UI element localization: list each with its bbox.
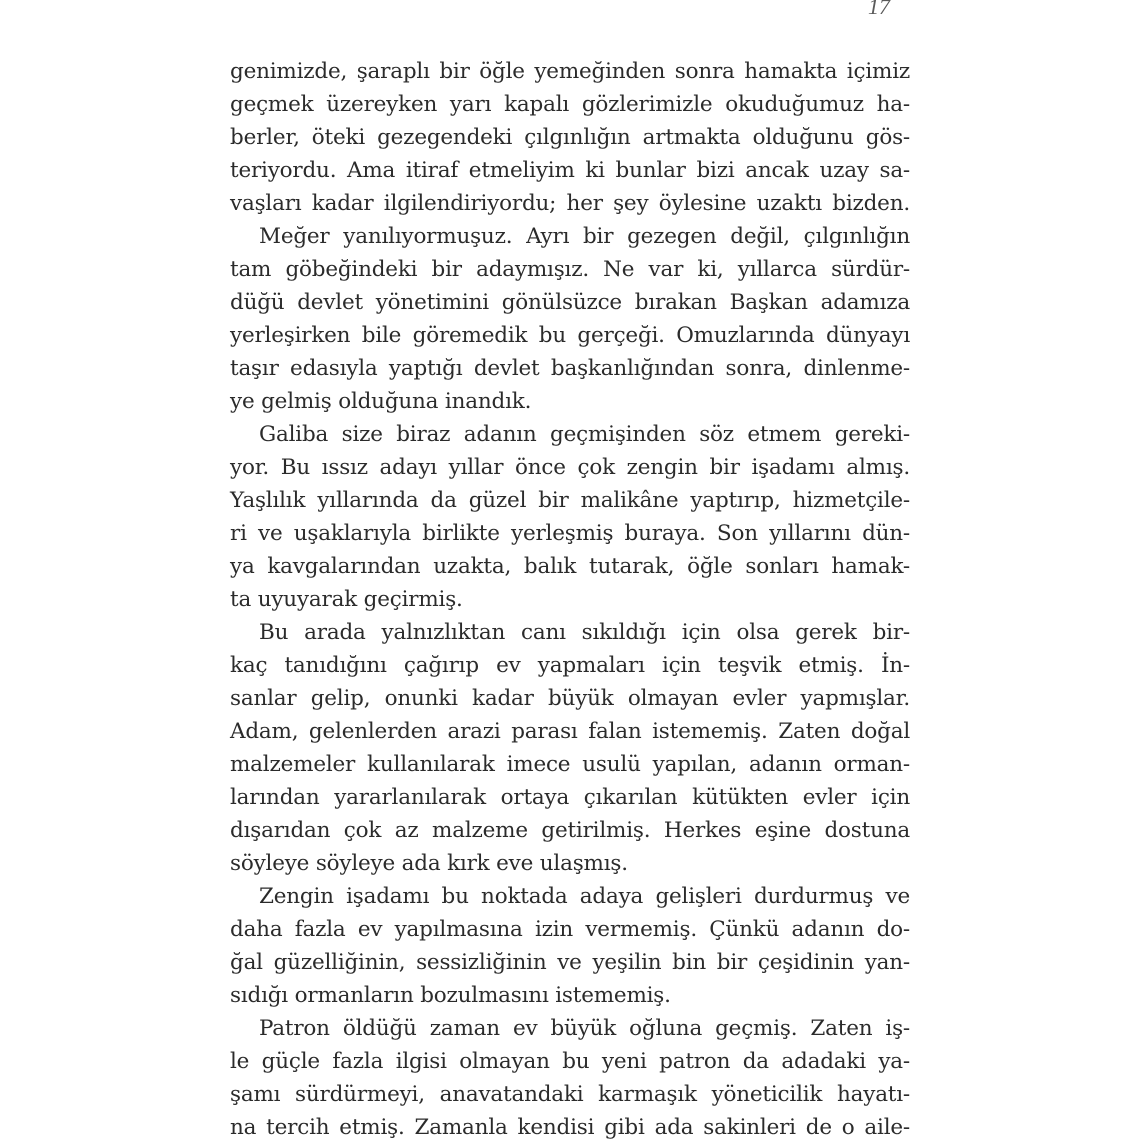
- text-line: larından yararlanılarak ortaya çıkarılan…: [230, 781, 910, 814]
- text-line: yerleşirken bile göremedik bu gerçeği. O…: [230, 319, 910, 352]
- paragraph-4: Bu arada yalnızlıktan canı sıkıldığı içi…: [230, 616, 910, 880]
- text-line: ğal güzelliğinin, sessizliğinin ve yeşil…: [230, 946, 910, 979]
- text-line: Zengin işadamı bu noktada adaya gelişler…: [230, 880, 910, 913]
- text-line: berler, öteki gezegendeki çılgınlığın ar…: [230, 121, 910, 154]
- text-line: teriyordu. Ama itiraf etmeliyim ki bunla…: [230, 154, 910, 187]
- text-line: vaşları kadar ilgilendiriyordu; her şey …: [230, 187, 910, 220]
- body-text: genimizde, şaraplı bir öğle yemeğinden s…: [230, 55, 910, 1140]
- text-line: Adam, gelenlerden arazi parası falan ist…: [230, 715, 910, 748]
- text-line: taşır edasıyla yaptığı devlet başkanlığı…: [230, 352, 910, 385]
- text-line: söyleye söyleye ada kırk eve ulaşmış.: [230, 847, 910, 880]
- text-line: ri ve uşaklarıyla birlikte yerleşmiş bur…: [230, 517, 910, 550]
- text-line: geçmek üzereyken yarı kapalı gözlerimizl…: [230, 88, 910, 121]
- text-line: na tercih etmiş. Zamanla kendisi gibi ad…: [230, 1111, 910, 1140]
- text-line: malzemeler kullanılarak imece usulü yapı…: [230, 748, 910, 781]
- text-line: sıdığı ormanların bozulmasını istememiş.: [230, 979, 910, 1012]
- text-line: düğü devlet yönetimini gönülsüzce bıraka…: [230, 286, 910, 319]
- text-line: ta uyuyarak geçirmiş.: [230, 583, 910, 616]
- text-line: Patron öldüğü zaman ev büyük oğluna geçm…: [230, 1012, 910, 1045]
- text-line: dışarıdan çok az malzeme getirilmiş. Her…: [230, 814, 910, 847]
- paragraph-3: Galiba size biraz adanın geçmişinden söz…: [230, 418, 910, 616]
- text-line: genimizde, şaraplı bir öğle yemeğinden s…: [230, 55, 910, 88]
- text-line: Meğer yanılıyormuşuz. Ayrı bir gezegen d…: [230, 220, 910, 253]
- text-line: tam göbeğindeki bir adaymışız. Ne var ki…: [230, 253, 910, 286]
- text-line: Yaşlılık yıllarında da güzel bir malikân…: [230, 484, 910, 517]
- text-line: ye gelmiş olduğuna inandık.: [230, 385, 910, 418]
- paragraph-5: Zengin işadamı bu noktada adaya gelişler…: [230, 880, 910, 1012]
- text-line: daha fazla ev yapılmasına izin vermemiş.…: [230, 913, 910, 946]
- text-line: ya kavgalarından uzakta, balık tutarak, …: [230, 550, 910, 583]
- paragraph-2: Meğer yanılıyormuşuz. Ayrı bir gezegen d…: [230, 220, 910, 418]
- text-line: şamı sürdürmeyi, anavatandaki karmaşık y…: [230, 1078, 910, 1111]
- paragraph-1: genimizde, şaraplı bir öğle yemeğinden s…: [230, 55, 910, 220]
- text-line: yor. Bu ıssız adayı yıllar önce çok zeng…: [230, 451, 910, 484]
- text-line: sanlar gelip, onunki kadar büyük olmayan…: [230, 682, 910, 715]
- paragraph-6: Patron öldüğü zaman ev büyük oğluna geçm…: [230, 1012, 910, 1140]
- page-number: 17: [868, 0, 890, 20]
- text-line: le güçle fazla ilgisi olmayan bu yeni pa…: [230, 1045, 910, 1078]
- text-line: Bu arada yalnızlıktan canı sıkıldığı içi…: [230, 616, 910, 649]
- text-line: kaç tanıdığını çağırıp ev yapmaları için…: [230, 649, 910, 682]
- text-line: Galiba size biraz adanın geçmişinden söz…: [230, 418, 910, 451]
